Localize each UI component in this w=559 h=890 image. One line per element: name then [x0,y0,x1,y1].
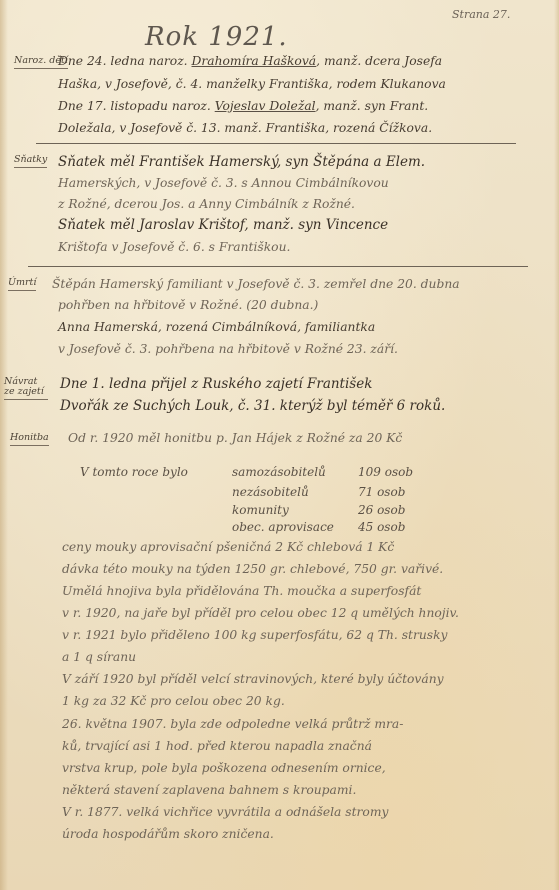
hunting-note-8: 1 kg za 32 Kč pro celou obec 20 kg. [62,694,285,708]
page-number: Strana 27. [452,8,510,21]
hunting-note-3: Umělá hnojiva byla přidělována Th. moučk… [62,584,421,598]
marriages-line-1: Sňatek měl František Hamerský, syn Štěpá… [58,154,425,170]
storm-line-1: 26. května 1907. byla zde odpoledne velk… [62,717,403,731]
section-divider [36,143,516,144]
births-line-1: Dne 24. ledna naroz. Drahomíra Hašková, … [58,54,442,68]
storm-line-5: V r. 1877. velká vichřice vyvrátila a od… [62,805,388,819]
child-name: Vojeslav Doležal [215,99,316,113]
margin-label-deaths: Úmrtí [8,278,36,291]
chronicle-page: Strana 27. Rok 1921. Naroz. dětí Dne 24.… [0,0,559,890]
margin-label-return: Návrat ze zajetí [4,377,48,400]
hunting-note-4: v r. 1920, na jaře byl příděl pro celou … [62,606,459,620]
margin-label-hunting: Honitba [10,433,49,446]
marriages-line-4: Sňatek měl Jaroslav Krištof, manž. syn V… [58,217,388,233]
stats-row: komunity26 osob [232,503,405,517]
births-line-4: Doležala, v Josefově č. 13. manž. Franti… [58,121,432,135]
hunting-note-7: V září 1920 byl příděl velcí stravinovýc… [62,672,444,686]
stats-row: samozásobitelů109 osob [232,465,413,479]
births-line-2: Haška, v Josefově, č. 4. manželky Franti… [58,77,446,91]
marriages-line-3: z Rožné, dcerou Jos. a Anny Cimbálník z … [58,197,355,211]
page-title: Rok 1921. [145,22,288,52]
section-divider [28,266,528,267]
stats-intro: V tomto roce bylo [80,465,188,479]
hunting-note-1: ceny mouky aprovisační pšeničná 2 Kč chl… [62,540,394,554]
storm-line-4: některá stavení zaplavena bahnem s kroup… [62,783,356,797]
storm-line-6: úroda hospodářům skoro zničena. [62,827,274,841]
marriages-line-5: Krištofa v Josefově č. 6. s Františkou. [58,240,290,254]
deaths-line-1: Štěpán Hamerský familiant v Josefově č. … [52,277,460,291]
births-line-3: Dne 17. listopadu naroz. Vojeslav Doleža… [58,99,428,113]
return-line-1: Dne 1. ledna přijel z Ruského zajetí Fra… [60,376,372,392]
return-line-2: Dvořák ze Suchých Louk, č. 31. kterýž by… [60,398,445,414]
hunting-line-1: Od r. 1920 měl honitbu p. Jan Hájek z Ro… [68,431,402,445]
stats-row: nezásobitelů71 osob [232,485,405,499]
deaths-line-4: v Josefově č. 3. pohřbena na hřbitově v … [58,342,398,356]
deaths-line-2: pohřben na hřbitově v Rožné. (20 dubna.) [58,298,318,312]
hunting-note-5: v r. 1921 bylo přiděleno 100 kg superfos… [62,628,447,642]
storm-line-3: vrstva krup, pole byla poškozena odnesen… [62,761,386,775]
hunting-note-6: a 1 q síranu [62,650,136,664]
margin-label-marriages: Sňatky [14,155,47,168]
marriages-line-2: Hamerských, v Josefově č. 3. s Annou Cim… [58,176,389,190]
child-name: Drahomíra Hašková [192,54,317,68]
storm-line-2: ků, trvající asi 1 hod. před kterou napa… [62,739,372,753]
hunting-note-2: dávka této mouky na týden 1250 gr. chleb… [62,562,443,576]
deaths-line-3: Anna Hamerská, rozená Cimbálníková, fami… [58,320,375,334]
stats-row: obec. aprovisace45 osob [232,520,405,534]
